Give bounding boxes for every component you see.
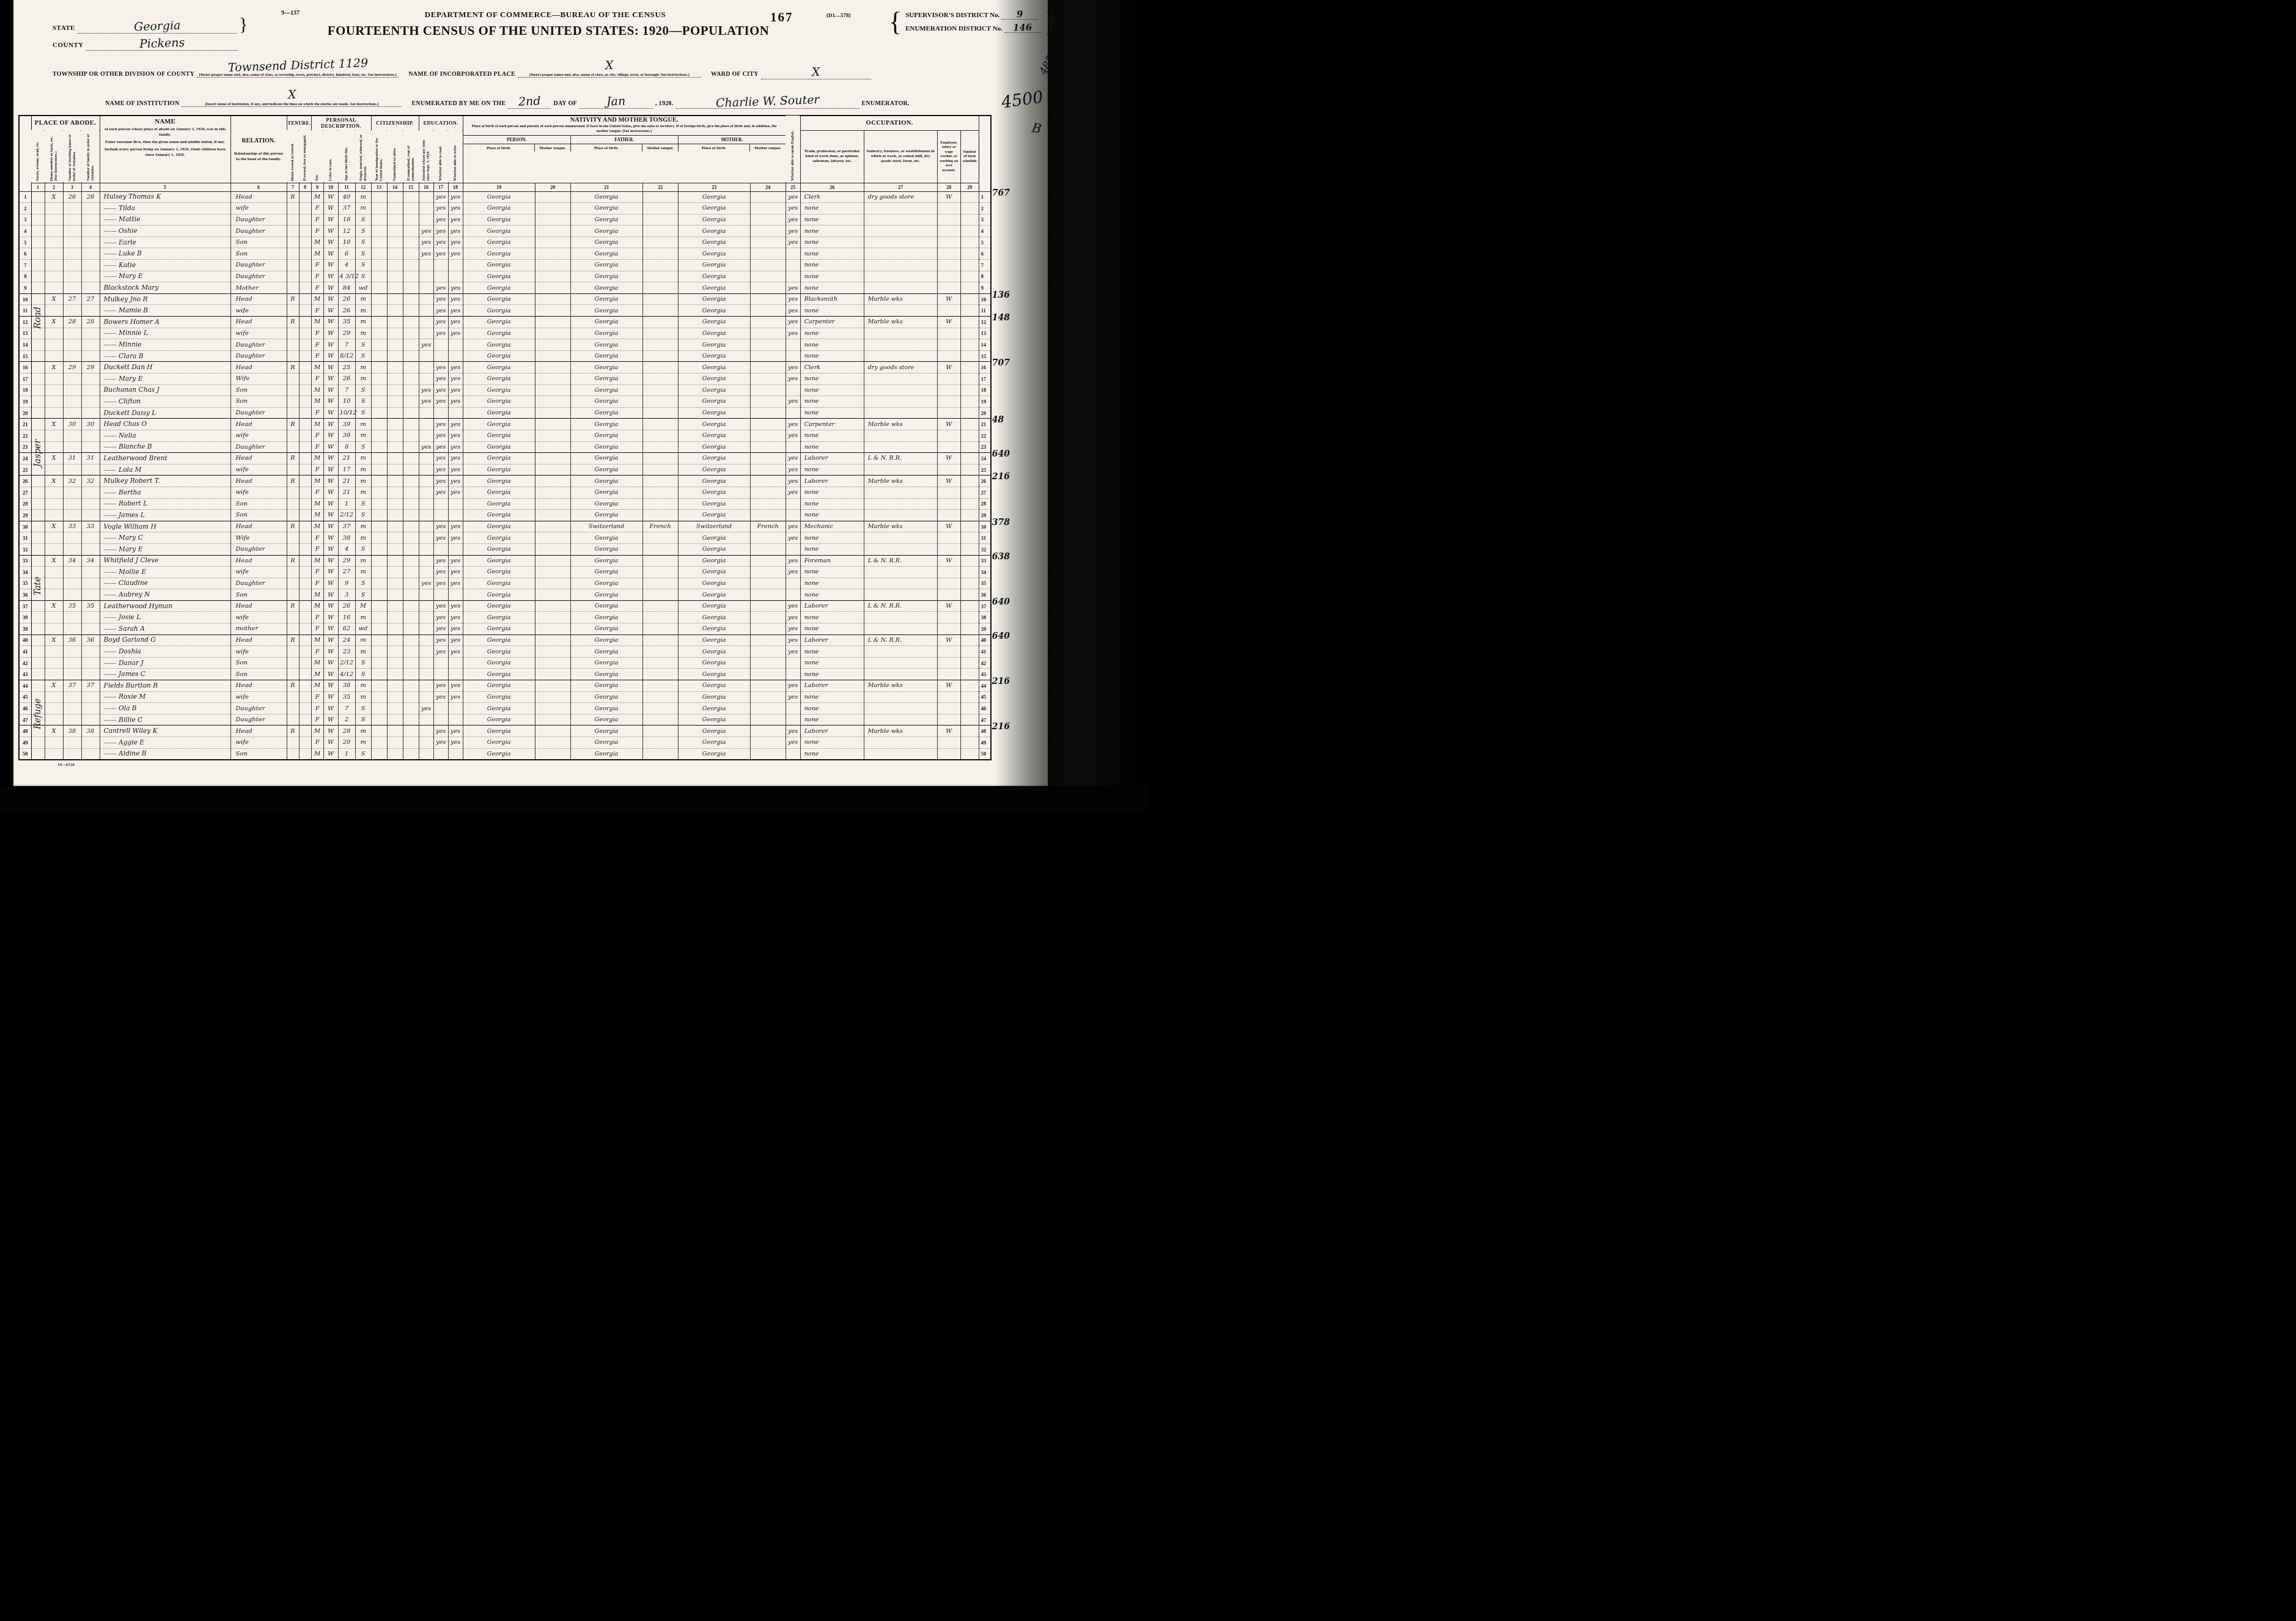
cell-a: 37 (338, 203, 355, 215)
cell-d: 31 (63, 453, 81, 465)
cell-mtp (535, 293, 570, 305)
cell-pb: Georgia (463, 226, 535, 237)
cell-mtp (535, 691, 570, 703)
col-dwelling-number: Number of dwelling house in order of vis… (63, 130, 81, 183)
cell-na (387, 260, 403, 271)
cell-pbf: Georgia (570, 578, 642, 589)
cell-pbm: Georgia (678, 669, 750, 680)
line-number: 16 (19, 362, 31, 373)
cell-ny (403, 441, 419, 453)
cell-mtp (535, 430, 570, 441)
cell-pbm: Georgia (678, 691, 750, 703)
cell-nm: Leatherwood Brent (100, 453, 230, 465)
line-number-right: 45 (979, 691, 991, 703)
line-number: 8 (19, 271, 31, 282)
cell-rel: wife (230, 612, 287, 623)
cell-im (371, 260, 387, 271)
cell-sp (786, 510, 800, 521)
cell-a: 21 (338, 453, 355, 465)
col-able-to-write: Whether able to write. (448, 130, 463, 183)
cell-s: M (311, 600, 323, 612)
cell-h: X (45, 453, 63, 465)
cell-nm: —— Mollie E (100, 567, 230, 578)
cell-wr: yes (448, 555, 463, 567)
cell-c: W (323, 260, 338, 271)
col-number: 23 (678, 183, 750, 191)
cell-nm: Buchanan Chas J (100, 384, 230, 396)
col-number: 29 (960, 183, 979, 191)
cell-ny (403, 305, 419, 317)
cell-ind: L & N. R.R. (864, 453, 937, 465)
cell-sp: yes (786, 293, 800, 305)
line-number: 33 (19, 555, 31, 567)
line-number-right: 19 (979, 396, 991, 408)
cell-pb: Georgia (463, 419, 535, 430)
cell-pb: Georgia (463, 328, 535, 339)
cell-t (287, 384, 299, 396)
cell-nm: Duckett Dan H (100, 362, 230, 373)
cell-f (81, 543, 100, 555)
cell-pb: Georgia (463, 260, 535, 271)
cell-ny (403, 271, 419, 282)
cell-a: 4/12 (338, 669, 355, 680)
margin-number: 640 (992, 597, 1010, 607)
cell-na (387, 487, 403, 498)
cell-m: S (355, 441, 371, 453)
cell-t (287, 373, 299, 385)
cell-rd: yes (433, 384, 448, 396)
cell-pb: Georgia (463, 589, 535, 601)
cell-h (45, 487, 63, 498)
cell-h (45, 328, 63, 339)
cell-fm (960, 726, 979, 737)
census-row: 3—— MattieDaughterFW18SyesyesGeorgiaGeor… (19, 214, 991, 226)
cell-nm: —— Mattie (100, 214, 230, 226)
cell-tr: Clerk (800, 191, 864, 203)
cell-im (371, 714, 387, 726)
cell-pbf: Georgia (570, 373, 642, 385)
cell-m: S (355, 703, 371, 715)
line-number: 14 (19, 339, 31, 351)
cell-c: W (323, 703, 338, 715)
cell-mtf (642, 226, 678, 237)
cell-pbm: Georgia (678, 487, 750, 498)
cell-tr: none (800, 328, 864, 339)
ward-label: WARD OF CITY (711, 71, 759, 78)
cell-h (45, 350, 63, 362)
cell-pb: Georgia (463, 737, 535, 749)
county-field: Pickens (86, 39, 238, 51)
cell-e (937, 384, 960, 396)
cell-nm: —— Clara B (100, 350, 230, 362)
cell-nm: —— Aggie E (100, 737, 230, 749)
margin-number: 638 (992, 552, 1010, 562)
cell-rd: yes (433, 430, 448, 441)
cell-rel: Daughter (230, 703, 287, 715)
cell-m: m (355, 328, 371, 339)
cell-rel: Son (230, 237, 287, 248)
cell-mtm (750, 271, 786, 282)
cell-c: W (323, 237, 338, 248)
cell-m: S (355, 384, 371, 396)
department-line: DEPARTMENT OF COMMERCE—BUREAU OF THE CEN… (270, 10, 820, 20)
cell-s: F (311, 328, 323, 339)
cell-rd: yes (433, 612, 448, 623)
line-number: 11 (19, 305, 31, 317)
cell-fm (960, 589, 979, 601)
cell-mtm: French (750, 521, 786, 532)
col-number: 10 (323, 183, 338, 191)
cell-nm: Leatherwood Hyman (100, 600, 230, 612)
cell-fm (960, 691, 979, 703)
cell-sc (419, 487, 433, 498)
census-row: 40X3636Boyd Garland GHeadRMW24myesyesGeo… (19, 634, 991, 646)
cell-rel: Son (230, 248, 287, 260)
cell-pb: Georgia (463, 726, 535, 737)
cell-pb: Georgia (463, 703, 535, 715)
cell-sc (419, 657, 433, 669)
cell-h (45, 510, 63, 521)
cell-mtg (299, 407, 311, 419)
cell-rel: Son (230, 748, 287, 760)
col-attended-school: Attended school any time since Sept. 1, … (419, 130, 433, 183)
cell-tr: none (800, 430, 864, 441)
cell-rd: yes (433, 691, 448, 703)
cell-h (45, 464, 63, 476)
cell-tr: none (800, 623, 864, 635)
cell-ind (864, 532, 937, 544)
line-number-right: 5 (979, 237, 991, 248)
cell-ny (403, 328, 419, 339)
cell-mtm (750, 339, 786, 351)
cell-e (937, 543, 960, 555)
cell-m: S (355, 669, 371, 680)
enumeration-district-field: 146 (1004, 25, 1041, 33)
cell-m: S (355, 396, 371, 408)
cell-mtp (535, 748, 570, 760)
cell-pbf: Georgia (570, 669, 642, 680)
cell-st (31, 384, 45, 396)
cell-ny (403, 578, 419, 589)
cell-e (937, 328, 960, 339)
cell-sp: yes (786, 373, 800, 385)
cell-m: M (355, 600, 371, 612)
cell-sc (419, 293, 433, 305)
cell-pb: Georgia (463, 362, 535, 373)
census-row: 41—— DoshiawifeFW23myesyesGeorgiaGeorgia… (19, 646, 991, 658)
cell-rel: Mother (230, 282, 287, 294)
cell-nm: —— Clifton (100, 396, 230, 408)
cell-tr: Laborer (800, 600, 864, 612)
cell-mtg (299, 464, 311, 476)
cell-fm (960, 703, 979, 715)
cell-sc (419, 362, 433, 373)
cell-d (63, 612, 81, 623)
col-color-race: Color or race. (323, 130, 338, 183)
line-number-right: 3 (979, 214, 991, 226)
cell-pbm: Georgia (678, 396, 750, 408)
cell-rd (433, 589, 448, 601)
cell-h (45, 226, 63, 237)
col-home-owned: Home owned or rented. (287, 130, 299, 183)
cell-f (81, 373, 100, 385)
cell-m: m (355, 362, 371, 373)
group-place-of-abode: PLACE OF ABODE. (31, 116, 100, 130)
cell-nm: —— Roxie M (100, 691, 230, 703)
cell-pbf: Georgia (570, 305, 642, 317)
cell-s: F (311, 282, 323, 294)
cell-pbm: Georgia (678, 498, 750, 510)
cell-s: F (311, 487, 323, 498)
enumerated-day: 2nd (518, 98, 541, 106)
cell-m: m (355, 464, 371, 476)
cell-mtm (750, 726, 786, 737)
cell-d (63, 669, 81, 680)
cell-d: 36 (63, 634, 81, 646)
cell-tr: none (800, 646, 864, 658)
cell-tr: none (800, 703, 864, 715)
cell-f: 33 (81, 521, 100, 532)
cell-mtp (535, 532, 570, 544)
cell-mtg (299, 567, 311, 578)
cell-rel: Daughter (230, 407, 287, 419)
cell-mtm (750, 430, 786, 441)
cell-rd (433, 510, 448, 521)
cell-tr: Mechanic (800, 521, 864, 532)
cell-fm (960, 453, 979, 465)
cell-mtg (299, 600, 311, 612)
cell-m: m (355, 691, 371, 703)
cell-wr (448, 589, 463, 601)
cell-na (387, 612, 403, 623)
cell-d (63, 737, 81, 749)
cell-c: W (323, 226, 338, 237)
cell-pbf: Georgia (570, 748, 642, 760)
cell-a: 84 (338, 282, 355, 294)
cell-tr: none (800, 203, 864, 215)
cell-f: 27 (81, 293, 100, 305)
cell-rd: yes (433, 214, 448, 226)
cell-fm (960, 203, 979, 215)
cell-s: F (311, 203, 323, 215)
census-row: 13—— Minnie LwifeFW29myesyesGeorgiaGeorg… (19, 328, 991, 339)
cell-sp: yes (786, 430, 800, 441)
line-number: 50 (19, 748, 31, 760)
cell-mtp (535, 260, 570, 271)
cell-rel: wife (230, 646, 287, 658)
cell-sp: yes (786, 226, 800, 237)
line-number-right: 14 (979, 339, 991, 351)
cell-a: 21 (338, 487, 355, 498)
cell-c: W (323, 487, 338, 498)
cell-ind (864, 748, 937, 760)
enumerator-signature: Charlie W. Souter (716, 97, 820, 107)
cell-s: F (311, 578, 323, 589)
cell-pbf: Georgia (570, 203, 642, 215)
cell-ny (403, 407, 419, 419)
cell-sp: yes (786, 419, 800, 430)
cell-tr: none (800, 237, 864, 248)
cell-rel: wife (230, 567, 287, 578)
col-naturalized: Naturalized or alien. (387, 130, 403, 183)
cell-fm (960, 555, 979, 567)
cell-d: 32 (63, 476, 81, 487)
cell-sp: yes (786, 612, 800, 623)
cell-pb: Georgia (463, 396, 535, 408)
cell-sp (786, 589, 800, 601)
ward-field: X (761, 68, 871, 79)
cell-fm (960, 748, 979, 760)
cell-h (45, 373, 63, 385)
col-number: 27 (864, 183, 937, 191)
cell-s: F (311, 623, 323, 635)
line-number: 42 (19, 657, 31, 669)
cell-h: X (45, 293, 63, 305)
col-number: 12 (355, 183, 371, 191)
line-number-right: 42 (979, 657, 991, 669)
cell-mtm (750, 237, 786, 248)
line-number-right: 2148 (979, 419, 991, 430)
cell-a: 40 (338, 191, 355, 203)
cell-s: M (311, 476, 323, 487)
cell-c: W (323, 453, 338, 465)
cell-mtg (299, 555, 311, 567)
cell-ind: Marble wks (864, 521, 937, 532)
cell-tr: none (800, 214, 864, 226)
cell-m: m (355, 567, 371, 578)
cell-pbm: Georgia (678, 578, 750, 589)
cell-rd (433, 714, 448, 726)
cell-a: 2/12 (338, 510, 355, 521)
cell-m: m (355, 373, 371, 385)
line-number: 39 (19, 623, 31, 635)
enumerator-label: ENUMERATOR. (862, 100, 910, 107)
cell-pbf: Georgia (570, 567, 642, 578)
cell-f (81, 532, 100, 544)
cell-m: m (355, 476, 371, 487)
cell-im (371, 578, 387, 589)
cell-d (63, 646, 81, 658)
cell-wr (448, 271, 463, 282)
cell-mtf (642, 203, 678, 215)
cell-m: m (355, 203, 371, 215)
cell-tr: none (800, 226, 864, 237)
cell-h (45, 214, 63, 226)
cell-im (371, 680, 387, 692)
cell-na (387, 226, 403, 237)
cell-ind (864, 464, 937, 476)
cell-m: m (355, 646, 371, 658)
cell-rel: Head (230, 293, 287, 305)
cell-pb: Georgia (463, 203, 535, 215)
cell-nm: Cantrell Wiley K (100, 726, 230, 737)
cell-e (937, 339, 960, 351)
cell-sp: yes (786, 203, 800, 215)
cell-tr: none (800, 441, 864, 453)
cell-na (387, 726, 403, 737)
cell-na (387, 339, 403, 351)
cell-fm (960, 214, 979, 226)
cell-rel: wife (230, 328, 287, 339)
cell-na (387, 464, 403, 476)
institution-field: X[Insert name of institution, if any, an… (182, 90, 402, 107)
stamp-number: 167 (770, 10, 793, 25)
cell-h (45, 384, 63, 396)
cell-wr: yes (448, 237, 463, 248)
cell-mtm (750, 226, 786, 237)
cell-f (81, 498, 100, 510)
cell-e (937, 646, 960, 658)
cell-fm (960, 271, 979, 282)
cell-mtg (299, 498, 311, 510)
cell-ind: Marble wks (864, 726, 937, 737)
cell-pbf: Switzerland (570, 521, 642, 532)
cell-pbm: Georgia (678, 305, 750, 317)
cell-mtg (299, 214, 311, 226)
cell-nm: Bowers Homer A (100, 317, 230, 328)
cell-e (937, 214, 960, 226)
cell-ind (864, 498, 937, 510)
cell-tr: none (800, 543, 864, 555)
cell-s: F (311, 714, 323, 726)
cell-wr: yes (448, 623, 463, 635)
cell-wr: yes (448, 248, 463, 260)
cell-wr: yes (448, 317, 463, 328)
cell-im (371, 691, 387, 703)
cell-rd: yes (433, 419, 448, 430)
cell-h: X (45, 680, 63, 692)
cell-mtg (299, 248, 311, 260)
cell-im (371, 305, 387, 317)
cell-d: 26 (63, 191, 81, 203)
cell-mtf (642, 339, 678, 351)
cell-rd (433, 657, 448, 669)
col-number: 22 (642, 183, 678, 191)
cell-tr: Laborer (800, 453, 864, 465)
cell-f (81, 226, 100, 237)
cell-sp (786, 669, 800, 680)
cell-sc: yes (419, 384, 433, 396)
cell-c: W (323, 521, 338, 532)
cell-ind (864, 623, 937, 635)
census-table-wrap: Road Jasper Tate Refuge PLACE OF ABODE. (18, 115, 1048, 767)
enumerated-month: Jan (606, 98, 626, 105)
cell-t (287, 350, 299, 362)
cell-d: 29 (63, 362, 81, 373)
cell-mtm (750, 555, 786, 567)
cell-pb: Georgia (463, 453, 535, 465)
cell-ny (403, 691, 419, 703)
cell-tr: none (800, 589, 864, 601)
cell-mtm (750, 600, 786, 612)
cell-s: F (311, 691, 323, 703)
cell-mtp (535, 600, 570, 612)
cell-im (371, 317, 387, 328)
cell-m: wd (355, 282, 371, 294)
cell-h (45, 737, 63, 749)
cell-pbf: Georgia (570, 691, 642, 703)
cell-mtm (750, 578, 786, 589)
cell-mtm (750, 543, 786, 555)
supervisor-district-value: 9 (1017, 11, 1023, 17)
street-name-tate: Tate (33, 544, 43, 628)
cell-d (63, 305, 81, 317)
cell-pbf: Georgia (570, 407, 642, 419)
cell-pbm: Georgia (678, 657, 750, 669)
cell-c: W (323, 373, 338, 385)
col-sex: Sex. (311, 130, 323, 183)
cell-pb: Georgia (463, 498, 535, 510)
